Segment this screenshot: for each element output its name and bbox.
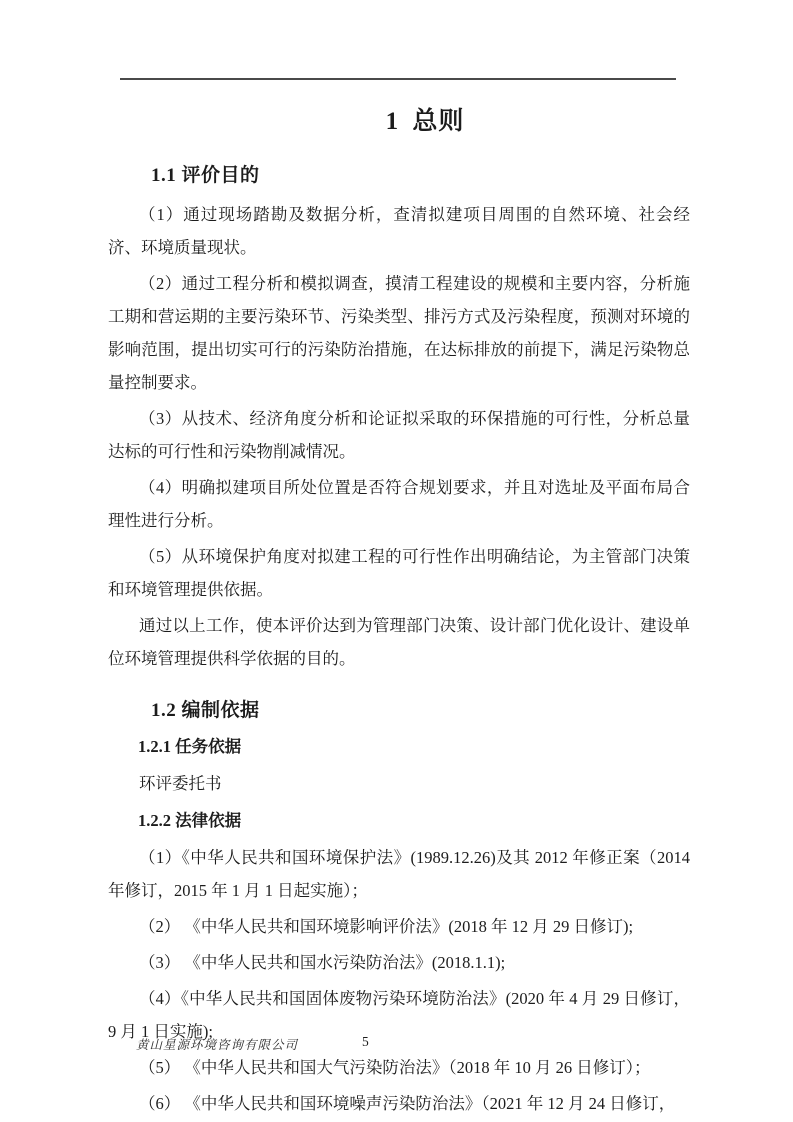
- document-page: 1 总则 1.1 评价目的 （1）通过现场踏勘及数据分析，查清拟建项目周围的自然…: [0, 0, 793, 1122]
- chapter-title: 1 总则: [108, 104, 690, 140]
- subsection-heading-1-2-1: 1.2.1 任务依据: [138, 733, 690, 760]
- law-item-5: （5） 《中华人民共和国大气污染防治法》（2018 年 10 月 26 日修订）…: [108, 1051, 690, 1084]
- law-item-3: （3） 《中华人民共和国水污染防治法》(2018.1.1);: [108, 946, 690, 979]
- section-heading-1-2: 1.2 编制依据: [151, 697, 690, 724]
- paragraph-2: （2）通过工程分析和模拟调查，摸清工程建设的规模和主要内容，分析施工期和营运期的…: [108, 267, 690, 399]
- law-item-1: （1）《中华人民共和国环境保护法》(1989.12.26)及其 2012 年修正…: [108, 841, 690, 907]
- paragraph-5: （5）从环境保护角度对拟建工程的可行性作出明确结论，为主管部门决策和环境管理提供…: [108, 540, 690, 606]
- law-item-2: （2） 《中华人民共和国环境影响评价法》(2018 年 12 月 29 日修订)…: [108, 910, 690, 943]
- subsection-heading-1-2-2: 1.2.2 法律依据: [138, 807, 690, 834]
- closing-paragraph: 通过以上工作，使本评价达到为管理部门决策、设计部门优化设计、建设单位环境管理提供…: [108, 609, 690, 675]
- page-content: 1 总则 1.1 评价目的 （1）通过现场踏勘及数据分析，查清拟建项目周围的自然…: [108, 96, 690, 1122]
- header-rule: [120, 78, 676, 80]
- law-item-6: （6） 《中华人民共和国环境噪声污染防治法》（2021 年 12 月 24 日修…: [108, 1087, 690, 1120]
- page-number: 5: [362, 1034, 369, 1050]
- section-heading-1-1: 1.1 评价目的: [151, 162, 690, 189]
- paragraph-3: （3）从技术、经济角度分析和论证拟采取的环保措施的可行性，分析总量达标的可行性和…: [108, 402, 690, 468]
- paragraph-4: （4）明确拟建项目所处位置是否符合规划要求，并且对选址及平面布局合理性进行分析。: [108, 471, 690, 537]
- paragraph-1: （1）通过现场踏勘及数据分析，查清拟建项目周围的自然环境、社会经济、环境质量现状…: [108, 198, 690, 264]
- task-basis-text: 环评委托书: [108, 767, 690, 800]
- footer-company: 黄山星源环境咨询有限公司: [136, 1035, 298, 1053]
